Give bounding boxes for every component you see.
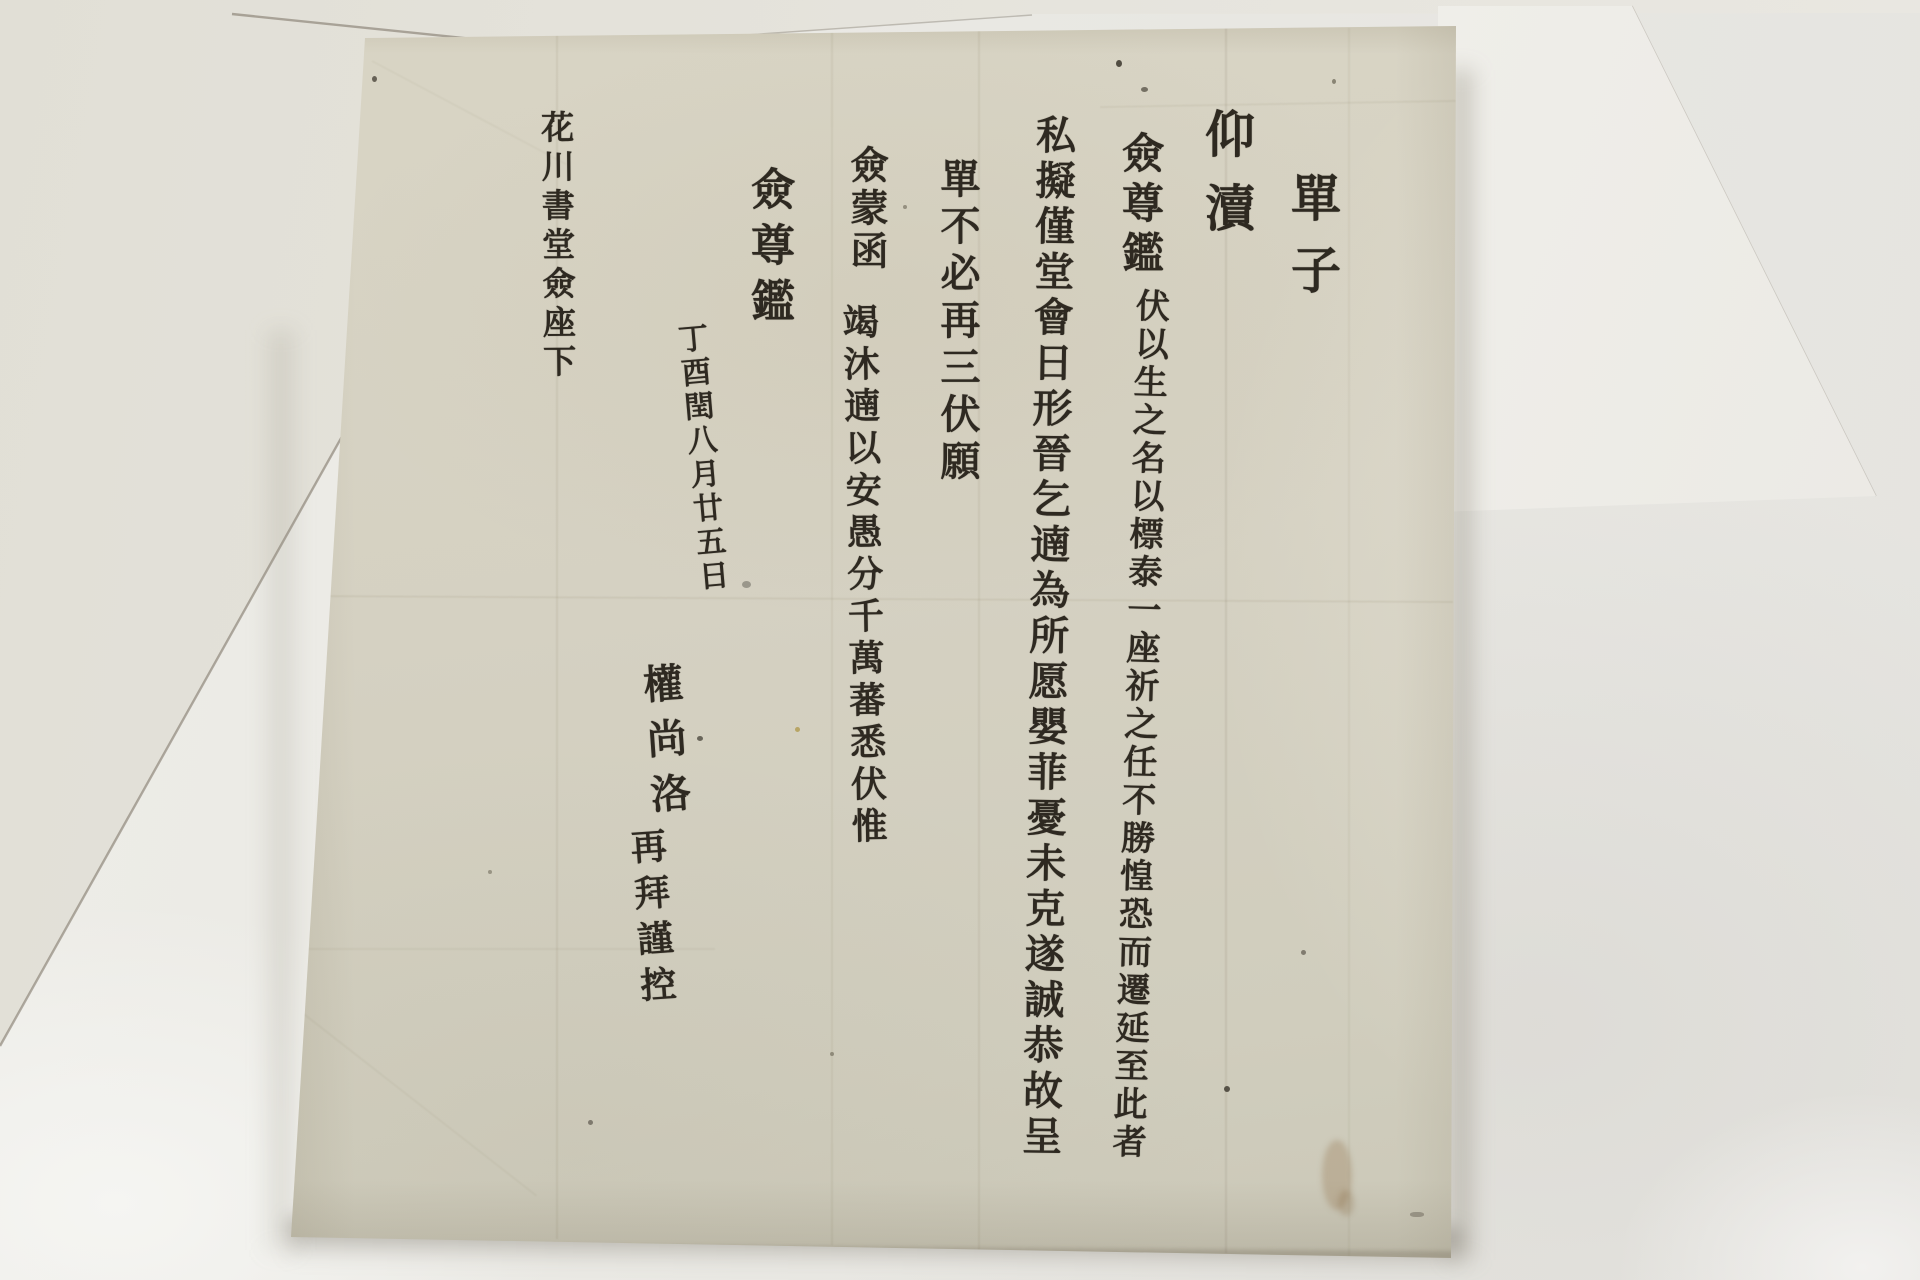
paper-speck [1141,87,1148,92]
paper-speck [697,736,703,741]
column-honorific-address-3: 僉尊鑑 [746,166,790,334]
column-body-3: 單不必再三伏願 [937,158,977,487]
paper-crease [299,1010,537,1196]
paper-speck [1301,950,1306,955]
photo-stage: 單子 仰瀆 僉尊鑑 伏以生之名以標泰一座祈之任不勝惶恐而遷延至此者 私擬僅堂會日… [0,0,1920,1280]
paper-speck [488,870,492,874]
paper-speck [1224,1086,1230,1092]
paper-speck [795,727,800,732]
paper-crease [1100,100,1456,108]
paper-speck [1332,79,1336,84]
column-body-2: 私擬僅堂會日形晉乞遖為所愿嬰菲憂未克遂誠恭故呈 [1018,114,1073,1161]
column-docket-title: 單子 [1287,172,1337,316]
column-honorific-address-2: 僉蒙函 [847,145,885,274]
paper-speck [742,581,751,588]
column-signature-closing: 再拜謹控 [627,827,676,1013]
column-signature-name: 權尚洛 [638,662,689,829]
paper-crease [831,30,833,1245]
paper-stain [1338,1190,1354,1216]
paper-crease [1348,28,1350,1256]
column-recipient: 花川書堂僉座下 [539,110,574,383]
column-date: 丁酉閏八月廿五日 [673,322,727,596]
paper-speck [372,76,377,82]
paper-speck [1410,1212,1424,1217]
paper-speck [588,1120,593,1125]
paper-edge-shading [1396,26,1456,1258]
column-body-1: 伏以生之名以標泰一座祈之任不勝惶恐而遷延至此者 [1109,288,1167,1163]
column-salutation: 仰瀆 [1201,108,1251,256]
paper-speck [830,1052,834,1056]
paper-speck [1116,60,1122,67]
paper-speck [903,205,907,209]
column-honorific-address-1: 僉尊鑑 [1119,131,1161,281]
column-body-4: 竭沐遖以安愚分千萬蕃悉伏惟 [840,303,886,850]
